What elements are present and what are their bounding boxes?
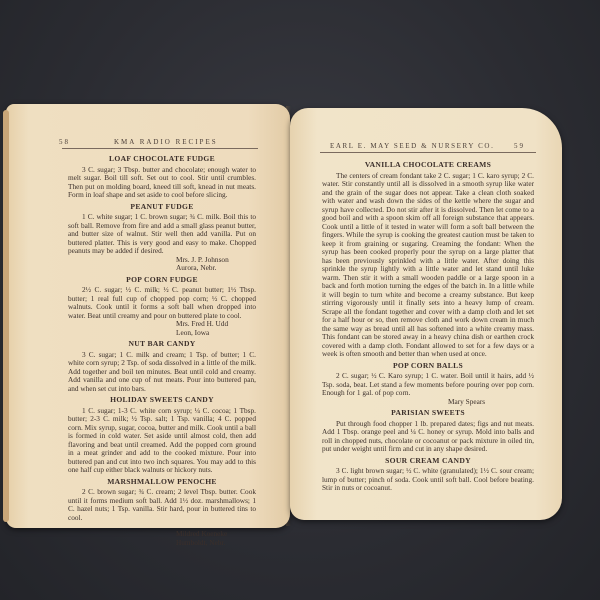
recipe-title: NUT BAR CANDY [68,340,256,349]
right-page-content: VANILLA CHOCOLATE CREAMS The centers of … [322,158,534,493]
running-title: EARL E. MAY SEED & NURSERY CO. [330,142,494,150]
right-page: EARL E. MAY SEED & NURSERY CO. 59 VANILL… [290,108,562,520]
recipe-pop-corn-fudge: POP CORN FUDGE 2½ C. sugar; ½ C. milk; ½… [68,276,256,338]
recipe-body: The centers of cream fondant take 2 C. s… [322,172,534,359]
recipe-peanut-fudge: PEANUT FUDGE 1 C. white sugar; 1 C. brow… [68,203,256,273]
recipe-author-location: Aurora, Nebr. [68,264,256,273]
recipe-parisian-sweets: PARISIAN SWEETS Put through food chopper… [322,409,534,454]
recipe-loaf-chocolate-fudge: LOAF CHOCOLATE FUDGE 3 C. sugar; 3 Tbsp.… [68,155,256,200]
left-page: 58 KMA RADIO RECIPES LOAF CHOCOLATE FUDG… [6,104,290,528]
recipe-vanilla-chocolate-creams: VANILLA CHOCOLATE CREAMS The centers of … [322,161,534,359]
recipe-holiday-sweets-candy: HOLIDAY SWEETS CANDY 1 C. sugar; 1-3 C. … [68,396,256,475]
recipe-author-location: Humboldt, Nebr. [68,539,256,548]
recipe-title: POP CORN FUDGE [68,276,256,285]
running-title: KMA RADIO RECIPES [114,138,218,146]
recipe-title: MARSHMALLOW PENOCHE [68,478,256,487]
recipe-title: HOLIDAY SWEETS CANDY [68,396,256,405]
recipe-author: Mrs. J. P. Johnson [68,256,256,265]
recipe-body: 2½ C. sugar; ½ C. milk; ½ C. peanut butt… [68,286,256,320]
recipe-marshmallow-penoche: MARSHMALLOW PENOCHE 2 C. brown sugar; ¾ … [68,478,256,548]
page-number: 59 [514,142,525,150]
recipe-author: Mildred Koeneke [68,530,256,539]
recipe-body: 3 C. sugar; 1 C. milk and cream; 1 Tsp. … [68,351,256,394]
header-rule [320,152,536,153]
recipe-body: 2 C. sugar; ½ C. Karo syrup; 1 C. water.… [322,372,534,398]
recipe-title: SOUR CREAM CANDY [322,457,534,466]
recipe-pop-corn-balls: POP CORN BALLS 2 C. sugar; ½ C. Karo syr… [322,362,534,407]
recipe-author: Mrs. Fred H. Udd [68,320,256,329]
recipe-author: Mary Spears [322,398,534,407]
recipe-body: 1 C. sugar; 1-3 C. white corn syrup; ¼ C… [68,407,256,475]
recipe-sour-cream-candy: SOUR CREAM CANDY 3 C. light brown sugar;… [322,457,534,493]
recipe-title: LOAF CHOCOLATE FUDGE [68,155,256,164]
recipe-title: PARISIAN SWEETS [322,409,534,418]
recipe-body: 3 C. sugar; 3 Tbsp. butter and chocolate… [68,166,256,200]
recipe-nut-bar-candy: NUT BAR CANDY 3 C. sugar; 1 C. milk and … [68,340,256,393]
recipe-title: PEANUT FUDGE [68,203,256,212]
recipe-body: Put through food chopper 1 lb. prepared … [322,420,534,454]
header-rule [62,148,258,149]
recipe-author-location: Leon, Iowa [68,329,256,338]
recipe-body: 3 C. light brown sugar; ½ C. white (gran… [322,467,534,493]
page-number: 58 [59,138,70,146]
recipe-title: VANILLA CHOCOLATE CREAMS [322,161,534,170]
open-recipe-booklet: 58 KMA RADIO RECIPES LOAF CHOCOLATE FUDG… [0,0,600,600]
left-page-content: LOAF CHOCOLATE FUDGE 3 C. sugar; 3 Tbsp.… [68,152,256,547]
recipe-title: POP CORN BALLS [322,362,534,371]
recipe-body: 1 C. white sugar; 1 C. brown sugar; ¾ C.… [68,213,256,256]
recipe-body: 2 C. brown sugar; ¾ C. cream; 2 level Tb… [68,488,256,522]
